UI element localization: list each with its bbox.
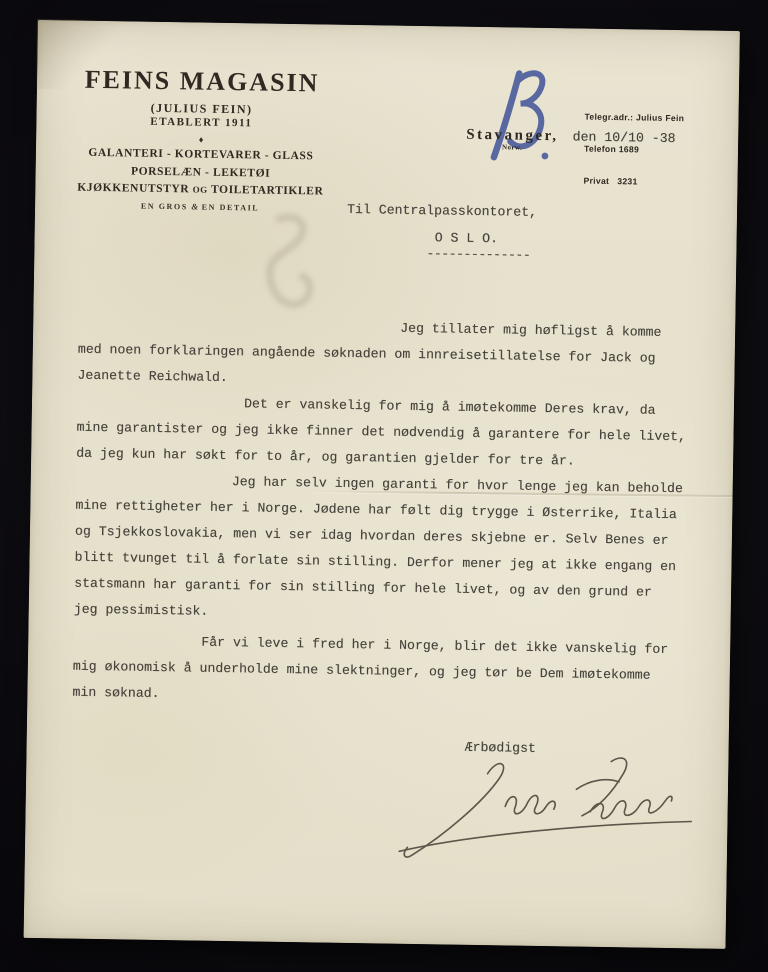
product-line-1: GALANTERI - KORTEVARER - GLASS <box>50 145 352 165</box>
place-country-note: Norw. <box>502 143 522 151</box>
telegram-address-line: Telegr.adr.: Julius Fein <box>584 112 684 124</box>
product-line-3-part2: TOILETARTIKLER <box>211 184 324 198</box>
trade-line-part2: EN DETAIL <box>202 202 260 212</box>
ampersand-glyph: & <box>191 201 198 211</box>
place-name: Stavanger,Norw. <box>466 127 559 145</box>
company-name: FEINS MAGASIN <box>51 64 353 99</box>
page-number-annotation-handwriting <box>482 65 564 170</box>
recipient-block: Til Centralpasskontoret, O S L O. ------… <box>346 201 537 265</box>
scan-background: { "colors": { "background": "#0d0c10", "… <box>0 0 768 972</box>
trade-line: EN GROS & EN DETAIL <box>49 198 351 216</box>
product-line-3-og: OG <box>193 184 208 194</box>
product-line-3: KJØKKENUTSTYR OG TOILETARTIKLER <box>49 180 351 200</box>
place-date-row: Stavanger,Norw. den 10/10 -38 <box>466 127 676 147</box>
letter-paper: FEINS MAGASIN (JULIUS FEIN) ETABLERT 191… <box>24 20 740 949</box>
place-name-text: Stavanger, <box>466 127 559 144</box>
product-line-2: PORSELÆN - LEKETØI <box>50 163 352 183</box>
letter-body: Jeg tillater mig høfligst å komme med no… <box>72 311 706 716</box>
recipient-underline: -------------- <box>346 244 536 265</box>
private-phone-line: Privat 3231 <box>583 175 683 187</box>
signature-handwriting <box>381 746 707 871</box>
typed-date: den 10/10 -38 <box>572 129 675 146</box>
trade-line-part1: EN GROS <box>141 201 188 211</box>
contact-block: Telegr.adr.: Julius Fein Telefon 1689 Pr… <box>583 91 685 209</box>
recipient-to-line: Til Centralpasskontoret, <box>347 201 537 222</box>
product-line-3-part1: KJØKKENUTSTYR <box>77 182 189 196</box>
letterhead: FEINS MAGASIN (JULIUS FEIN) ETABLERT 191… <box>49 64 353 215</box>
